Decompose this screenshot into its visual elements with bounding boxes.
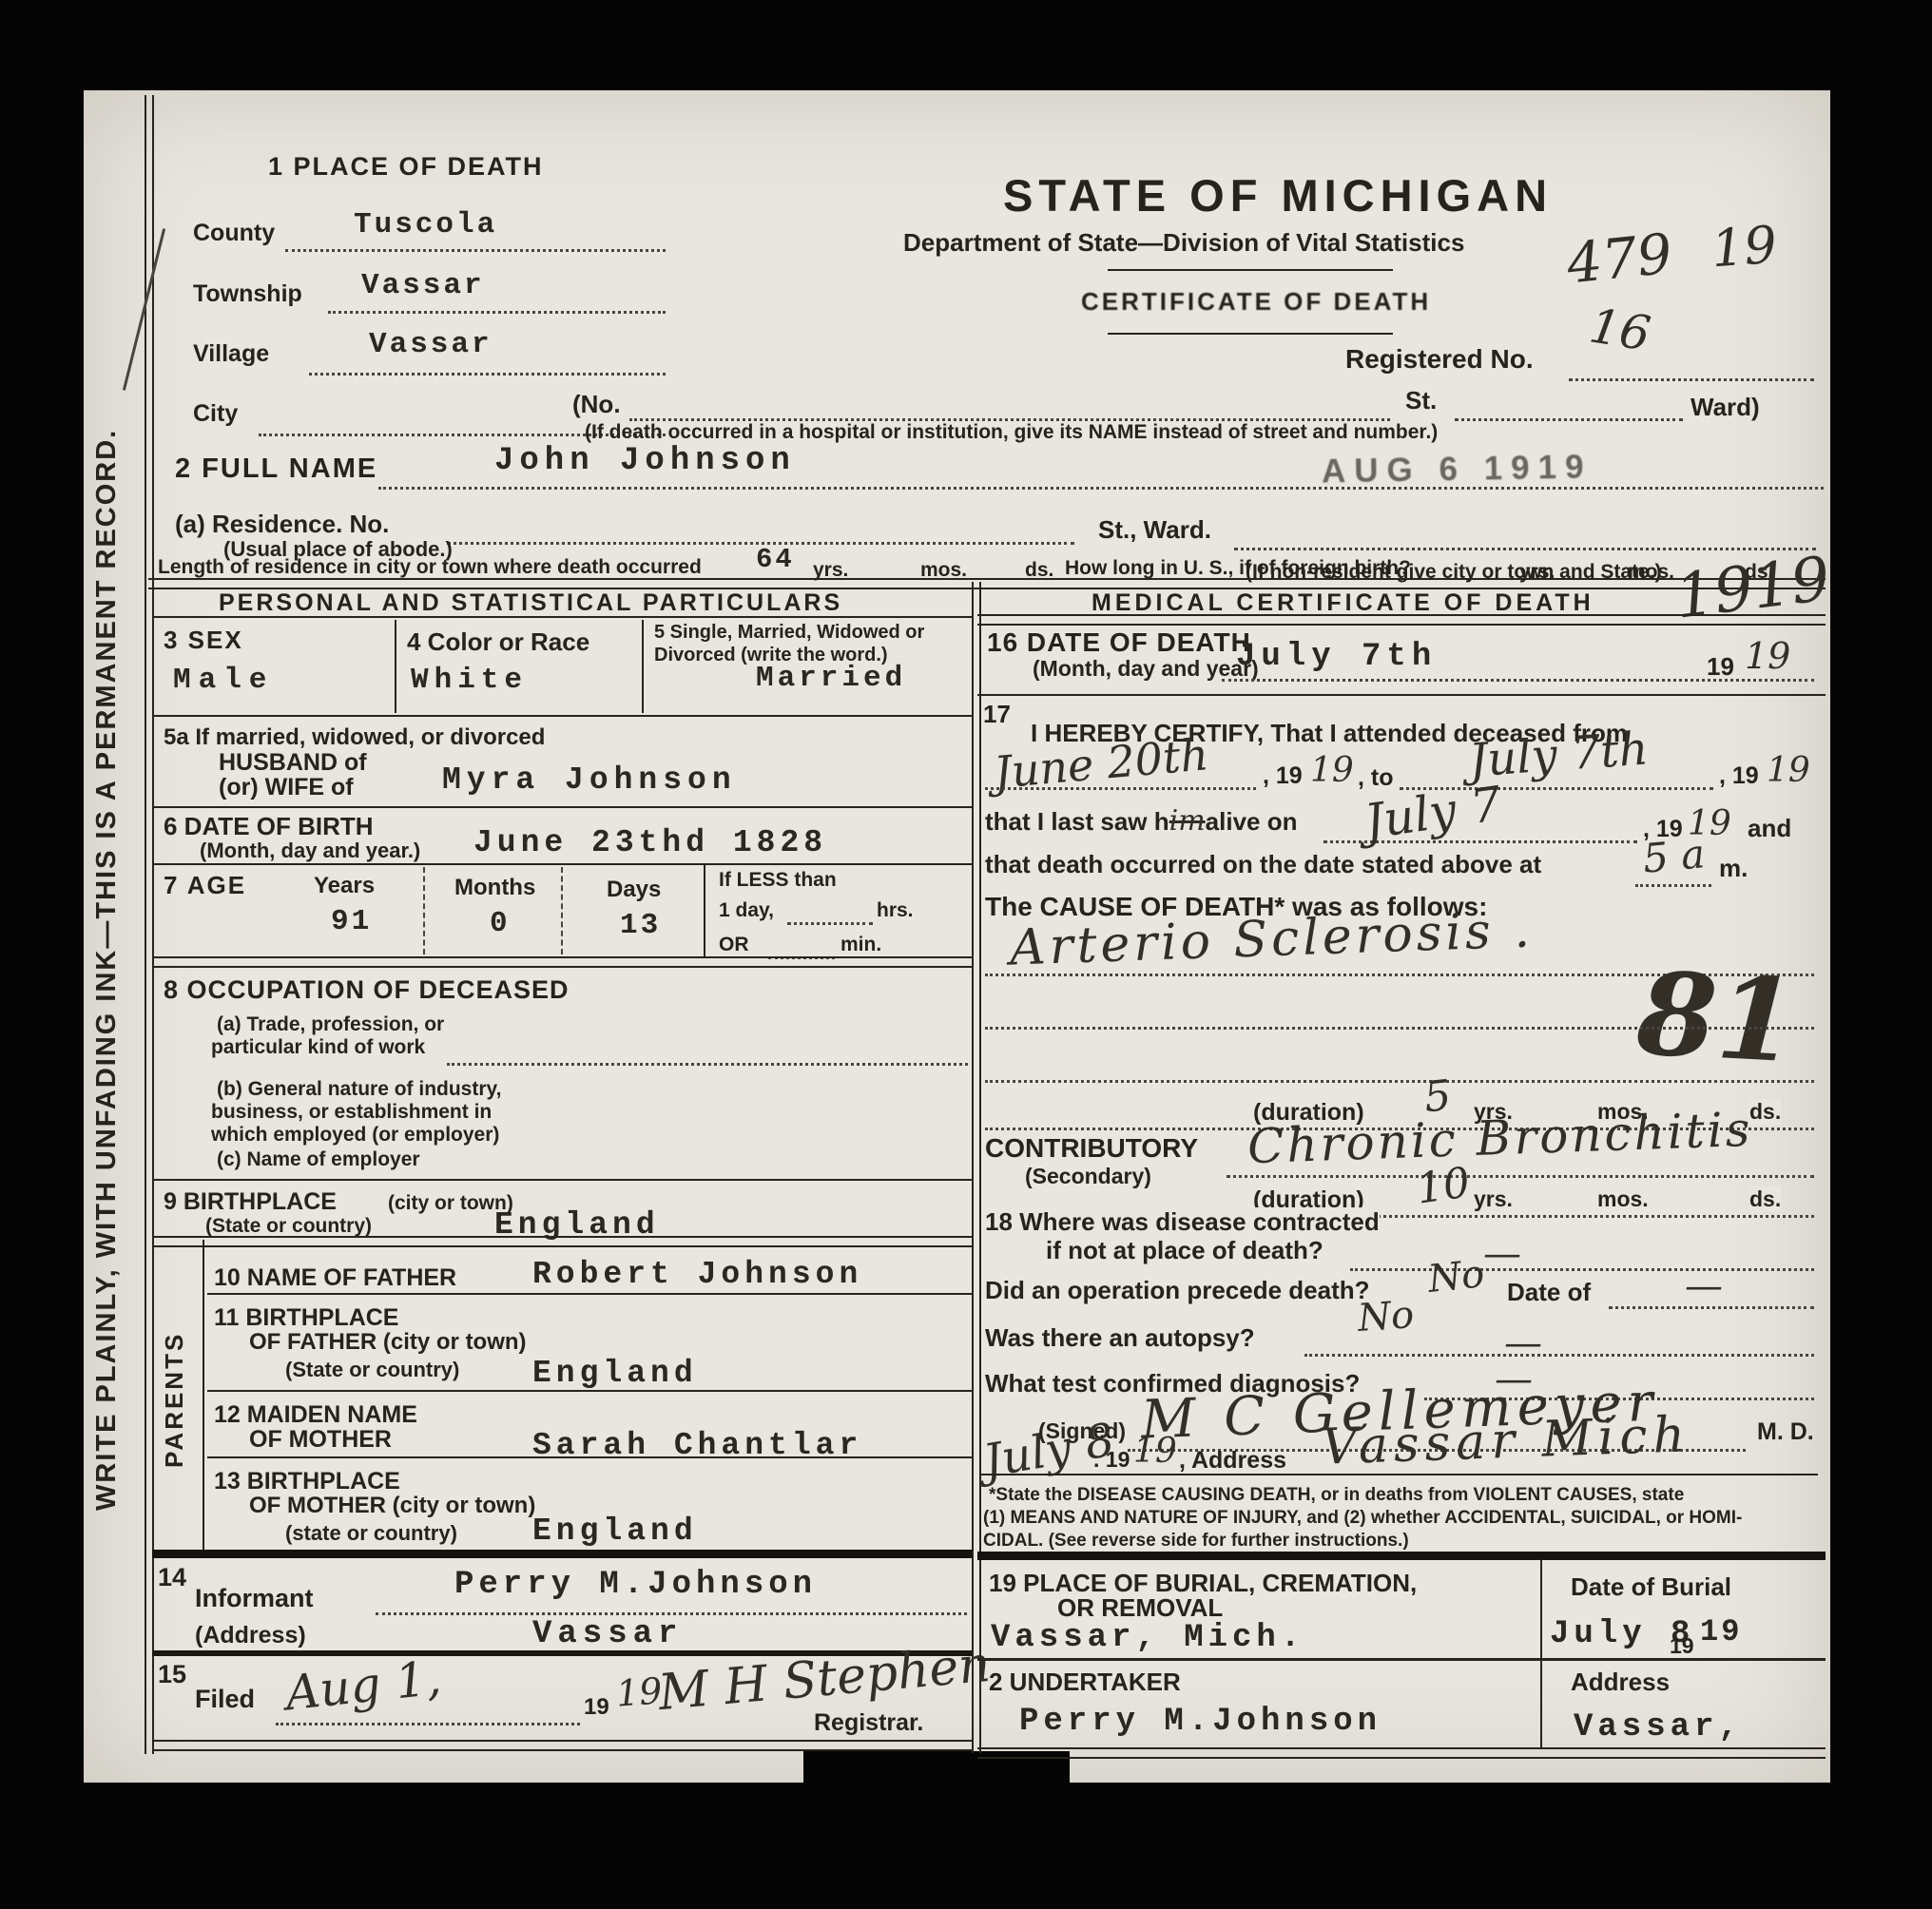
duration2-mos: mos.: [1597, 1186, 1649, 1212]
from-line: [985, 787, 1256, 790]
autopsy-answer-hand: No: [1356, 1293, 1415, 1340]
township-label: Township: [193, 280, 302, 308]
occ-c: (c) Name of employer: [217, 1148, 420, 1171]
county-label: County: [193, 220, 275, 247]
burial-top-rule: [977, 1552, 1826, 1560]
dept-line: Department of State—Division of Vital St…: [903, 228, 1464, 258]
section-divider: [148, 578, 1826, 589]
registered-label: Registered No.: [1345, 344, 1534, 375]
age-days-value: 13: [620, 909, 661, 942]
form-left-border: [145, 95, 154, 1754]
row10-rule: [207, 1293, 972, 1295]
occ-a2: particular kind of work: [211, 1036, 425, 1059]
where-label-2: if not at place of death?: [1046, 1236, 1323, 1265]
row8-rule: [152, 1179, 972, 1181]
dob-value: June 23thd 1828: [473, 825, 827, 860]
burial-divider: [1540, 1559, 1542, 1747]
filed-num: 15: [158, 1660, 186, 1689]
hospital-note: (If death occurred in a hospital or inst…: [585, 421, 1438, 444]
occurred-hour-hand: 5 a: [1641, 830, 1707, 881]
row11-rule: [207, 1390, 972, 1392]
village-line: [309, 373, 666, 376]
length-value: 64: [756, 544, 795, 575]
marital-label-1: 5 Single, Married, Widowed or: [654, 622, 924, 644]
length-label: Length of residence in city or town wher…: [158, 556, 702, 579]
less-hrs-line: [787, 922, 873, 925]
occurred-text: that death occurred on the date stated a…: [985, 850, 1541, 879]
occ-a1: (a) Trade, profession, or: [217, 1013, 444, 1036]
father-bp-2: OF FATHER (city or town): [249, 1329, 527, 1356]
file-number2-hand: 19: [1710, 215, 1779, 280]
occ-b2: business, or establishment in: [211, 1101, 492, 1124]
to-year-hand: 19: [1767, 751, 1810, 790]
received-date-stamp: AUG 6 1919: [1322, 449, 1593, 492]
burial-date-19: 19: [1670, 1633, 1694, 1659]
operation-dash-hand: —: [1685, 1264, 1723, 1308]
father-label: 10 NAME OF FATHER: [214, 1264, 456, 1292]
duration2-yrs: yrs.: [1474, 1186, 1513, 1212]
sex-label: 3 SEX: [164, 626, 243, 655]
footnote-1: *State the DISEASE CAUSING DEATH, or in …: [989, 1485, 1684, 1506]
state-title: STATE OF MICHIGAN: [1003, 169, 1553, 222]
informant-address-value: Vassar: [532, 1616, 683, 1652]
full-name-line: [378, 487, 1824, 490]
where-label-1: 18 Where was disease contracted: [985, 1207, 1380, 1237]
mother-bp-1: 13 BIRTHPLACE: [214, 1468, 400, 1495]
county-line: [285, 249, 666, 252]
right-header-rule: [977, 614, 1826, 626]
cause-line-2: [985, 1027, 1814, 1030]
row6-rule: [152, 863, 972, 865]
age-years-value: 91: [331, 905, 372, 938]
row5a-rule: [152, 806, 972, 808]
sign-rule: [981, 1474, 1818, 1475]
st-ward-label: St., Ward.: [1098, 515, 1211, 545]
filed-19: 19: [584, 1694, 609, 1721]
column-divider: [972, 582, 981, 1753]
from-year-hand: 19: [1310, 751, 1354, 790]
occurred-line: [1635, 884, 1711, 887]
last-saw-suffix: alive on: [1206, 807, 1298, 836]
left-section-title: PERSONAL AND STATISTICAL PARTICULARS: [219, 589, 842, 617]
where-line: [1350, 1268, 1814, 1271]
left-bottom-rule: [152, 1740, 972, 1751]
sign-19: . 19: [1093, 1447, 1130, 1473]
occurred-m-label: m.: [1719, 854, 1748, 883]
left-header-rule: [152, 616, 972, 618]
full-name-label: 2 FULL NAME: [175, 453, 377, 485]
occ-b1: (b) General nature of industry,: [217, 1078, 501, 1101]
cause-code-hand: 81: [1633, 947, 1799, 1089]
mother-label-1: 12 MAIDEN NAME: [214, 1401, 417, 1429]
dob-label: 6 DATE OF BIRTH: [164, 812, 374, 841]
sign-address-label: , Address: [1179, 1447, 1286, 1475]
row7-rule: [152, 956, 972, 968]
cert-title: CERTIFICATE OF DEATH: [1081, 287, 1431, 317]
mother-bp-2: OF MOTHER (city or town): [249, 1493, 535, 1519]
parents-label: PARENTS: [160, 1285, 194, 1514]
less-or: OR: [719, 934, 749, 956]
occupation-label: 8 OCCUPATION OF DECEASED: [164, 975, 570, 1005]
last-saw-line: that I last saw himalive on: [985, 804, 1297, 838]
header-rule-2: [1108, 333, 1393, 335]
ward-label: Ward): [1690, 393, 1760, 422]
color-value: White: [411, 664, 528, 697]
informant-value: Perry M.Johnson: [454, 1567, 817, 1603]
last-saw-prefix: that I last saw h: [985, 807, 1169, 836]
st-label: St.: [1405, 386, 1437, 415]
duration1-ds: ds.: [1749, 1099, 1781, 1125]
operation-answer-hand: No: [1426, 1252, 1487, 1302]
informant-num: 14: [158, 1563, 186, 1592]
st-ward-line: [1234, 548, 1816, 550]
father-bp-3: (State or country): [285, 1358, 459, 1382]
parents-inner-border: [203, 1240, 204, 1553]
burial-date-year: 19: [1700, 1614, 1742, 1649]
cause-line-3: [985, 1080, 1814, 1083]
right-section-title: MEDICAL CERTIFICATE OF DEATH: [1092, 589, 1594, 617]
age-label: 7 AGE: [164, 871, 246, 900]
married-label: 5a If married, widowed, or divorced: [164, 724, 545, 751]
full-name-value: John Johnson: [494, 443, 796, 479]
age-div-3: [704, 865, 705, 956]
sign-year-hand: 19: [1133, 1432, 1177, 1471]
date-of-label: Date of: [1507, 1278, 1591, 1307]
color-marital-divider: [642, 620, 644, 713]
duration2-value-hand: 10: [1414, 1158, 1474, 1213]
undertaker-label: 2 UNDERTAKER: [989, 1668, 1181, 1697]
less-than-1: If LESS than: [719, 869, 837, 892]
mother-bp-value: England: [532, 1514, 698, 1549]
age-months-value: 0: [490, 907, 511, 940]
contributory-line: [1227, 1175, 1814, 1178]
village-value: Vassar: [369, 328, 493, 361]
and-label: and: [1748, 814, 1791, 843]
dod-rule: [977, 694, 1826, 696]
from-19: , 19: [1263, 762, 1303, 790]
operation-label: Did an operation precede death?: [985, 1276, 1370, 1305]
age-div-2: [561, 867, 563, 954]
scanned-death-certificate: { "colors":{"paper":"#e9e6e0","ink":"#26…: [0, 0, 1932, 1909]
residence-label: (a) Residence. No.: [175, 510, 389, 539]
secondary-label: (Secondary): [1025, 1164, 1151, 1189]
to-19: , 19: [1719, 762, 1759, 790]
burial-place-label-2: OR REMOVAL: [1057, 1593, 1223, 1623]
township-line: [328, 311, 666, 314]
md-label: M. D.: [1757, 1418, 1814, 1446]
age-years-label: Years: [314, 873, 375, 899]
township-value: Vassar: [361, 269, 485, 302]
city-label: City: [193, 400, 238, 428]
age-days-label: Days: [607, 877, 661, 903]
age-months-label: Months: [454, 875, 535, 901]
registered-line: [1569, 378, 1814, 381]
occ-b3: which employed (or employer): [211, 1124, 499, 1147]
place-of-death-title: 1 PLACE OF DEATH: [268, 152, 544, 182]
registrar-label: Registrar.: [814, 1709, 923, 1737]
contributory-label: CONTRIBUTORY: [985, 1133, 1198, 1164]
dod-value: July 7th: [1236, 639, 1437, 675]
row9-rule: [152, 1236, 972, 1247]
no-label: (No.: [572, 390, 621, 419]
how-long-label: How long in U. S., if of foreign birth?: [1065, 557, 1411, 580]
duration2-ds: ds.: [1749, 1186, 1781, 1212]
mother-bp-3: (state or country): [285, 1521, 457, 1546]
dod-label: 16 DATE OF DEATH: [987, 627, 1251, 658]
undertaker-value: Perry M.Johnson: [1019, 1704, 1381, 1740]
registered-value-hand: 16: [1586, 298, 1654, 361]
certify-num: 17: [983, 700, 1011, 729]
less-hrs: hrs.: [877, 899, 914, 922]
county-value: Tuscola: [354, 208, 497, 241]
dob-sub: (Month, day and year.): [200, 839, 420, 863]
spouse-value: Myra Johnson: [442, 762, 737, 798]
husband-label: HUSBAND of: [219, 749, 367, 777]
autopsy-line: [1304, 1354, 1814, 1357]
undertaker-address-value: Vassar,: [1574, 1709, 1743, 1745]
burial-date-label: Date of Burial: [1571, 1572, 1731, 1602]
father-bp-1: 11 BIRTHPLACE: [214, 1304, 398, 1332]
burial-place-value: Vassar, Mich.: [991, 1620, 1304, 1656]
to-label: , to: [1358, 764, 1394, 792]
color-label: 4 Color or Race: [407, 627, 589, 657]
burial-mid-rule: [977, 1658, 1826, 1661]
footnote-2: (1) MEANS AND NATURE OF INJURY, and (2) …: [983, 1508, 1742, 1529]
row5-rule: [152, 715, 972, 717]
occ-a-line: [447, 1063, 968, 1066]
informant-address-label: (Address): [195, 1622, 306, 1649]
header-rule-1: [1108, 269, 1393, 271]
wife-label: (or) WIFE of: [219, 774, 354, 801]
sex-value: Male: [173, 664, 274, 697]
mother-label-2: OF MOTHER: [249, 1426, 392, 1454]
dod-sub: (Month, day and year): [1033, 656, 1259, 682]
dod-19: 19: [1707, 652, 1734, 682]
informant-line: [376, 1612, 967, 1615]
less-min: min.: [840, 934, 881, 956]
filed-label: Filed: [195, 1685, 255, 1714]
sex-color-divider: [395, 620, 396, 713]
birthplace-label: 9 BIRTHPLACE: [164, 1188, 337, 1216]
less-than-2: 1 day,: [719, 899, 774, 922]
father-value: Robert Johnson: [532, 1257, 862, 1292]
margin-instruction: WRITE PLAINLY, WITH UNFADING INK—THIS IS…: [91, 295, 135, 1645]
marital-value: Married: [756, 662, 906, 695]
undertaker-address-label: Address: [1571, 1668, 1670, 1697]
filed-line: [276, 1723, 580, 1726]
father-bp-value: England: [532, 1356, 698, 1391]
village-label: Village: [193, 340, 269, 368]
dod-year-hand: 19: [1745, 635, 1790, 677]
row12-rule: [207, 1456, 972, 1458]
age-div-1: [423, 867, 425, 954]
parents-bottom-rule: [152, 1550, 972, 1558]
footnote-3: CIDAL. (See reverse side for further ins…: [983, 1531, 1409, 1552]
burial-bottom-rule: [977, 1747, 1826, 1759]
birthplace-sub2: (State or country): [205, 1215, 372, 1238]
autopsy-label: Was there an autopsy?: [985, 1323, 1255, 1353]
file-number-hand: 479: [1564, 221, 1675, 296]
informant-label: Informant: [195, 1584, 314, 1613]
last-saw-him-hand: im: [1169, 804, 1206, 838]
where-dash-hand: —: [1483, 1232, 1521, 1276]
st-line: [1455, 418, 1683, 421]
